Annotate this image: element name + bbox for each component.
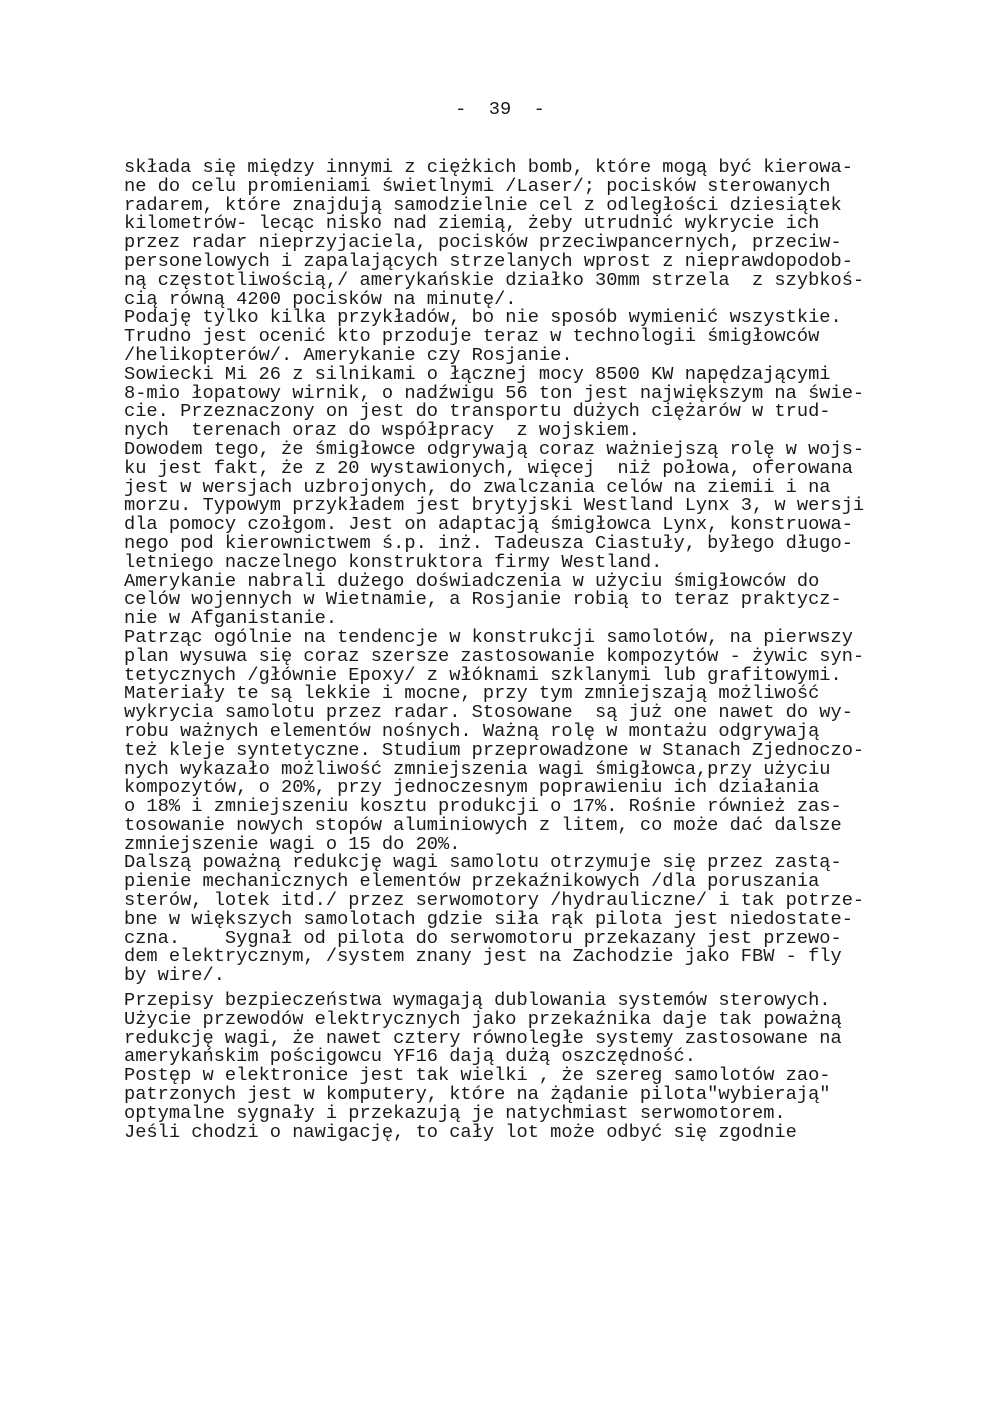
text-line: też kleje syntetyczne. Studium przeprowa… — [124, 741, 864, 760]
text-line: ną częstotliwością,/ amerykańskie działk… — [124, 271, 864, 290]
text-line: Sowiecki Mi 26 z silnikami o łącznej moc… — [124, 365, 864, 384]
text-line: Dowodem tego, że śmigłowce odgrywają cor… — [124, 440, 864, 459]
text-line: bne w większych samolotach gdzie siła rą… — [124, 910, 864, 929]
text-line: Użycie przewodów elektrycznych jako prze… — [124, 1010, 864, 1029]
text-line: personelowych i zapalających strzelanych… — [124, 252, 864, 271]
text-line: Patrząc ogólnie na tendencje w konstrukc… — [124, 628, 864, 647]
paragraph-block: składa się między innymi z ciężkich bomb… — [124, 158, 864, 985]
page-number: - 39 - — [0, 99, 1000, 119]
text-line: nego pod kierownictwem ś.p. inż. Tadeusz… — [124, 534, 864, 553]
text-line: dem elektrycznym, /system znany jest na … — [124, 947, 864, 966]
text-line: letniego naczelnego konstruktora firmy W… — [124, 553, 864, 572]
text-line: optymalne sygnały i przekazują je natych… — [124, 1104, 864, 1123]
text-line: ne do celu promieniami świetlnymi /Laser… — [124, 177, 864, 196]
text-line: plan wysuwa się coraz szersze zastosowan… — [124, 647, 864, 666]
document-body: składa się między innymi z ciężkich bomb… — [124, 158, 864, 1141]
text-line: tosowanie nowych stopów aluminiowych z l… — [124, 816, 864, 835]
text-line: /helikopterów/. Amerykanie czy Rosjanie. — [124, 346, 864, 365]
text-line: by wire/. — [124, 966, 864, 985]
text-line: ku jest fakt, że z 20 wystawionych, więc… — [124, 459, 864, 478]
text-line: robu ważnych elementów nośnych. Ważną ro… — [124, 722, 864, 741]
paragraph-block: Przepisy bezpieczeństwa wymagają dublowa… — [124, 991, 864, 1141]
text-line: Jeśli chodzi o nawigację, to cały lot mo… — [124, 1123, 864, 1142]
text-line: składa się między innymi z ciężkich bomb… — [124, 158, 864, 177]
